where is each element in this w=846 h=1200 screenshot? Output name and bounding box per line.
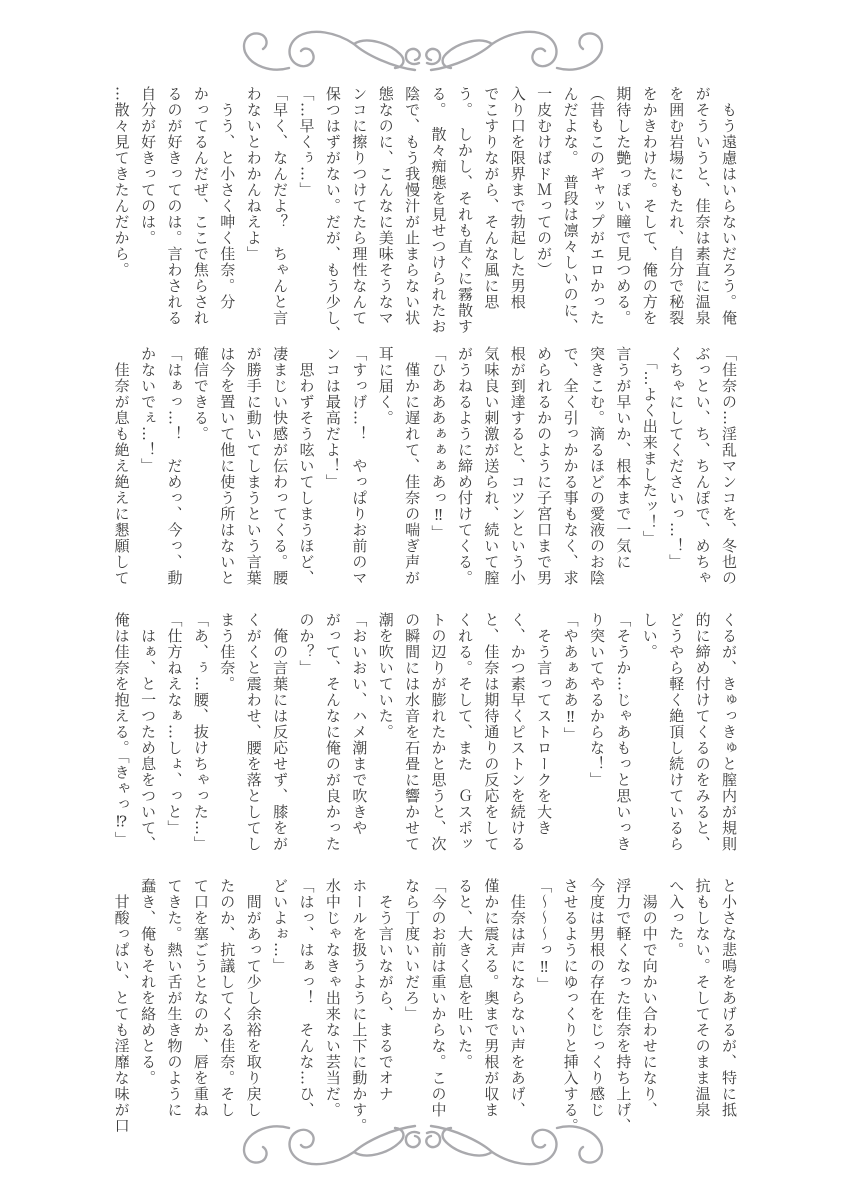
text-line: 「ひあああぁぁぁあっ‼」: [425, 346, 451, 610]
text-line: でこすりながら、そんな風に思: [478, 86, 504, 350]
text-line: められるかのように子宮口まで男: [531, 346, 557, 610]
text-line: させるようにゆっくりと挿入する。: [557, 878, 583, 1142]
flourish-ornament-top: [213, 26, 633, 80]
text-line: 「早く、なんだよ？ ちゃんと言: [267, 86, 293, 350]
text-line: ンコは最高だよ！」: [320, 346, 346, 610]
text-line: 僅かに震える。奥まで男根が収ま: [478, 878, 504, 1142]
text-line: 潮を吹いていた。: [372, 612, 398, 876]
text-line: たのか、抗議してくる佳奈。そし: [214, 878, 240, 1142]
text-line: 「佳奈の…淫乱マンコを、冬也の: [716, 346, 742, 610]
text-line: 気味良い刺激が送られ、続いて膣: [478, 346, 504, 610]
text-line: 佳奈は声にならない声をあげ、: [504, 878, 530, 1142]
text-line: 甘酸っぱい、とても淫靡な味が口: [108, 878, 134, 1142]
text-band-4: と小さな悲鳴をあげるが、特に抵抗もしない。そしてそのまま温泉へ入った。 湯の中で…: [100, 878, 742, 1142]
text-line: 「…早くぅ…」: [293, 86, 319, 350]
text-line: て口を塞ごうとなのか、唇を重ね: [187, 878, 213, 1142]
text-line: 確信できる。: [187, 346, 213, 610]
text-line: く、かつ素早くピストンを続ける: [504, 612, 530, 876]
text-line: 間があって少し余裕を取り戻し: [240, 878, 266, 1142]
text-line: どうやら軽く絶頂し続けているら: [663, 612, 689, 876]
text-line: くがくと震わせ、腰を落としてし: [240, 612, 266, 876]
text-band-2: 「佳奈の…淫乱マンコを、冬也のぶっとい、ち、ちんぽで、めちゃくちゃにしてください…: [100, 346, 742, 610]
text-line: 浮力で軽くなった佳奈を持ち上げ、: [610, 878, 636, 1142]
text-line: はぁ、と一つため息をついて、: [135, 612, 161, 876]
text-line: 「すっげ…！ やっぱりお前のマ: [346, 346, 372, 610]
text-line: 「はぁっ…！ だめっ、今っ、動: [161, 346, 187, 610]
text-line: と、佳奈は期待通りの反応をして: [478, 612, 504, 876]
text-line: トの辺りが膨れたかと思うと、次: [425, 612, 451, 876]
novel-page: もう遠慮はいらないだろう。俺がそういうと、佳奈は素直に温泉を囲む岩場にもたれ、自…: [0, 0, 846, 1200]
text-line: 抗もしない。そしてそのまま温泉: [689, 878, 715, 1142]
text-line: そう言いながら、まるでオナ: [372, 878, 398, 1142]
text-band-3: くるが、きゅっきゅと膣内が規則的に締め付けてくるのをみると、どうやら軽く絶頂し続…: [100, 612, 742, 876]
text-line: 突きこむ。滴るほどの愛液のお陰: [584, 346, 610, 610]
text-line: んだよな。 普段は凛々しいのに、: [557, 86, 583, 350]
text-line: で、全く引っかかる事もなく、求: [557, 346, 583, 610]
text-line: がそういうと、佳奈は素直に温泉: [689, 86, 715, 350]
text-line: 陰で、もう我慢汁が止まらない状: [399, 86, 425, 350]
text-line: かってるんだぜ、ここで焦らされ: [187, 86, 213, 350]
text-line: と小さな悲鳴をあげるが、特に抵: [716, 878, 742, 1142]
text-line: う。 しかし、それも直ぐに霧散す: [452, 86, 478, 350]
text-line: 的に締め付けてくるのをみると、: [689, 612, 715, 876]
text-line: 「仕方ねえなぁ…しょ、っと」: [161, 612, 187, 876]
text-line: 「やあぁああ‼」: [557, 612, 583, 876]
text-line: 僅かに遅れて、佳奈の喘ぎ声が: [399, 346, 425, 610]
text-line: 一皮むけばドＭってのが）: [531, 86, 557, 350]
text-line: 「〜〜〜っ‼」: [531, 878, 557, 1142]
text-line: 湯の中で向かい合わせになり、: [636, 878, 662, 1142]
text-line: 「あ、ぅ…腰、抜けちゃった…」: [187, 612, 213, 876]
text-line: を囲む岩場にもたれ、自分で秘裂: [663, 86, 689, 350]
flourish-ornament-bottom: [213, 1116, 633, 1170]
text-line: 期待した艶っぽい瞳で見つめる。: [610, 86, 636, 350]
text-line: が勝手に動いてしまうという言葉: [240, 346, 266, 610]
text-line: 俺は佳奈を抱える。「きゃっ⁉」: [108, 612, 134, 876]
flourish-right-half: [426, 32, 602, 70]
text-line: り突いてやるからな！」: [584, 612, 610, 876]
text-line: まう佳奈。: [214, 612, 240, 876]
text-line: 耳に届く。: [372, 346, 398, 610]
text-line: 蠢き、俺もそれを絡めとる。: [135, 878, 161, 1142]
text-line: のか？」: [293, 612, 319, 876]
text-line: 思わずそう呟いてしまうほど、: [293, 346, 319, 610]
text-line: 根が到達すると、コツンという小: [504, 346, 530, 610]
text-line: 自分が好きってのは。: [135, 86, 161, 350]
text-line: の瞬間には水音を石畳に響かせて: [399, 612, 425, 876]
text-line: （昔もこのギャップがエロかった: [584, 86, 610, 350]
text-line: 「そうか…じゃあもっと思いっき: [610, 612, 636, 876]
text-line: そう言ってストロークを大き: [531, 612, 557, 876]
text-line: へ入った。: [663, 878, 689, 1142]
text-line: ホールを扱うように上下に動かす。: [346, 878, 372, 1142]
text-line: くるが、きゅっきゅと膣内が規則: [716, 612, 742, 876]
text-line: ンコに擦りつけてたら理性なんて: [346, 86, 372, 350]
text-line: 態なのに、こんなに美味そうなマ: [372, 86, 398, 350]
text-line: くちゃにしてくださいっ…！」: [663, 346, 689, 610]
text-line: 佳奈が息も絶え絶えに懇願して: [108, 346, 134, 610]
flourish-right-half: [426, 1126, 602, 1164]
text-line: うう、と小さく呻く佳奈。分: [214, 86, 240, 350]
text-line: かないでぇ…！」: [135, 346, 161, 610]
text-line: しい。: [636, 612, 662, 876]
text-line: わないとわかんねえよ」: [240, 86, 266, 350]
text-line: どいよぉ…」: [267, 878, 293, 1142]
text-line: 「…よく出来ましたッ！」: [636, 346, 662, 610]
text-band-1: もう遠慮はいらないだろう。俺がそういうと、佳奈は素直に温泉を囲む岩場にもたれ、自…: [100, 86, 742, 350]
text-line: 水中じゃなきゃ出来ない芸当だ。: [320, 878, 346, 1142]
text-line: 「今のお前は重いからな。この中: [425, 878, 451, 1142]
text-line: 「おいおい、ハメ潮まで吹きや: [346, 612, 372, 876]
text-line: は今を置いて他に使う所はないと: [214, 346, 240, 610]
text-line: くれる。そして、また Ｇスポッ: [452, 612, 478, 876]
text-line: 「はっ、はぁっ！ そんな…ひ、: [293, 878, 319, 1142]
text-line: 入り口を限界まで勃起した男根: [504, 86, 530, 350]
text-line: がって、そんなに俺のが良かった: [320, 612, 346, 876]
text-line: なら丁度いいだろ」: [399, 878, 425, 1142]
text-line: もう遠慮はいらないだろう。俺: [716, 86, 742, 350]
text-line: 今度は男根の存在をじっくり感じ: [584, 878, 610, 1142]
flourish-left-half: [244, 32, 420, 70]
text-line: 俺の言葉には反応せず、膝をが: [267, 612, 293, 876]
text-line: る。 散々痴態を見せつけられたお: [425, 86, 451, 350]
text-line: をかきわけた。そして、俺の方を: [636, 86, 662, 350]
text-line: ぶっとい、ち、ちんぽで、めちゃ: [689, 346, 715, 610]
text-line: ると、大きく息を吐いた。: [452, 878, 478, 1142]
flourish-left-half: [244, 1126, 420, 1164]
text-line: るのが好きってのは。言わされる: [161, 86, 187, 350]
text-line: 凄まじい快感が伝わってくる。腰: [267, 346, 293, 610]
text-line: …散々見てきたんだから。: [108, 86, 134, 350]
text-line: てきた。熱い舌が生き物のように: [161, 878, 187, 1142]
text-line: 言うが早いか、根本まで一気に: [610, 346, 636, 610]
text-line: がうねるように締め付けてくる。: [452, 346, 478, 610]
text-line: 保つはずがない。だが、もう少し、: [320, 86, 346, 350]
